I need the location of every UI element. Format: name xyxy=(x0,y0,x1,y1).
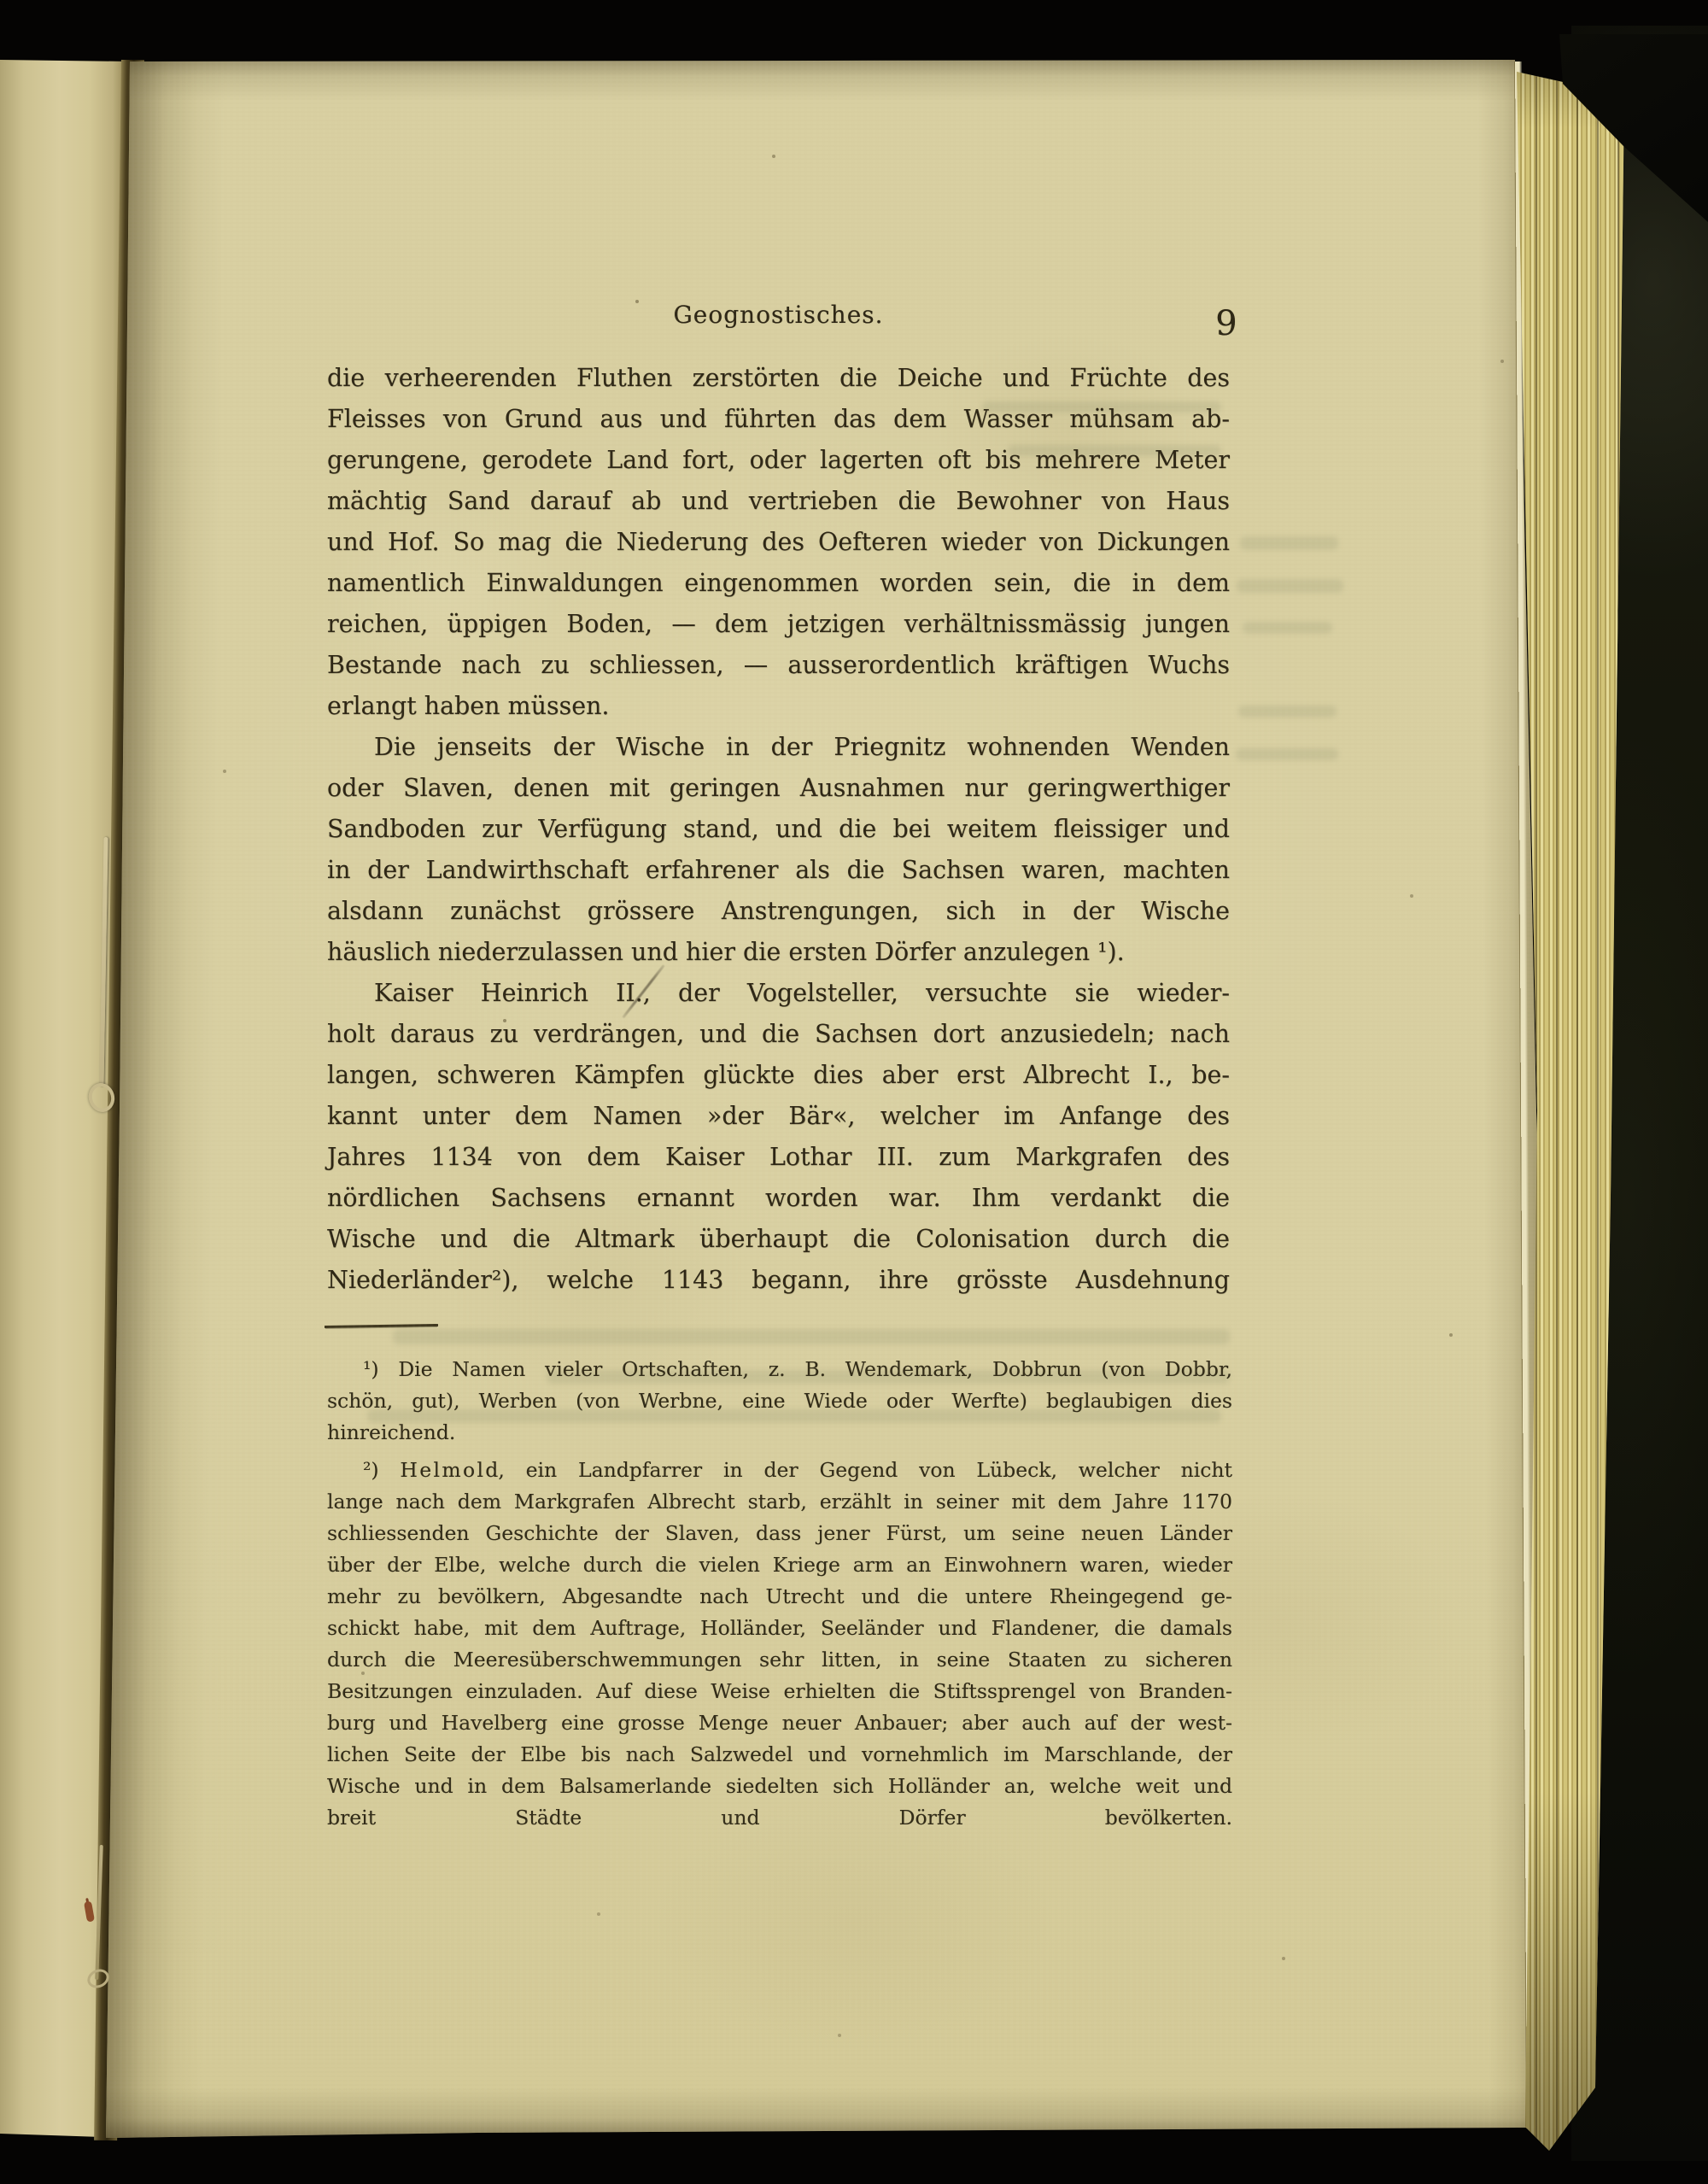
text-line: namentlich Einwaldungen eingenommen word… xyxy=(327,563,1230,604)
text-line: langen, schweren Kämpfen glückte dies ab… xyxy=(327,1055,1230,1096)
show-through-smudge xyxy=(393,1329,1230,1344)
text-line: ¹) Die Namen vieler Ortschaften, z. B. W… xyxy=(327,1354,1232,1385)
book-page: Geognostisches. 9 die verheerenden Fluth… xyxy=(0,0,1708,2184)
text-line: nördlichen Sachsens ernannt worden war. … xyxy=(327,1178,1230,1219)
text-line: Sandboden zur Verfügung stand, und die b… xyxy=(327,809,1230,850)
main-text: die verheerenden Fluthen zerstörten die … xyxy=(327,358,1230,1301)
text-line: schliessenden Geschichte der Slaven, das… xyxy=(327,1518,1232,1549)
scanned-book-page-photo: Geognostisches. 9 die verheerenden Fluth… xyxy=(0,0,1708,2184)
show-through-smudge xyxy=(1243,622,1332,634)
top-edge-shadow xyxy=(102,56,1546,101)
text-line: breit Städte und Dörfer bevölkerten. xyxy=(327,1802,1232,1834)
page-number: 9 xyxy=(1194,304,1259,343)
text-line: hinreichend. xyxy=(327,1417,1232,1449)
show-through-smudge xyxy=(1236,748,1338,760)
footnote-2: ²) H e l m o l d, ein Landpfarrer in der… xyxy=(327,1455,1232,1834)
text-line: in der Landwirthschaft erfahrener als di… xyxy=(327,850,1230,891)
text-line: lichen Seite der Elbe bis nach Salzwedel… xyxy=(327,1739,1232,1771)
text-line: holt daraus zu verdrängen, und die Sachs… xyxy=(327,1014,1230,1055)
text-line: über der Elbe, welche durch die vielen K… xyxy=(327,1549,1232,1581)
text-line: Die jenseits der Wische in der Priegnitz… xyxy=(327,727,1230,768)
text-line: ²) H e l m o l d, ein Landpfarrer in der… xyxy=(327,1455,1232,1486)
footnote-1: ¹) Die Namen vieler Ortschaften, z. B. W… xyxy=(327,1354,1232,1449)
text-line: Kaiser Heinrich II., der Vogelsteller, v… xyxy=(327,973,1230,1014)
text-line: häuslich niederzulassen und hier die ers… xyxy=(327,932,1230,973)
text-line: Wische und die Altmark überhaupt die Col… xyxy=(327,1219,1230,1260)
text-line: durch die Meeresüberschwemmungen sehr li… xyxy=(327,1644,1232,1676)
show-through-smudge xyxy=(1240,536,1338,550)
text-line: und Hof. So mag die Niederung des Oefter… xyxy=(327,522,1230,563)
text-line: schön, gut), Werben (von Werbne, eine Wi… xyxy=(327,1385,1232,1417)
text-line: Jahres 1134 von dem Kaiser Lothar III. z… xyxy=(327,1137,1230,1178)
ink-dot xyxy=(930,951,935,957)
text-line: schickt habe, mit dem Auftrage, Hollände… xyxy=(327,1613,1232,1644)
paper-speckles xyxy=(0,0,2,2)
text-line: kannt unter dem Namen »der Bär«, welcher… xyxy=(327,1096,1230,1137)
text-line: erlangt haben müssen. xyxy=(327,686,1230,727)
running-head: Geognostisches. xyxy=(327,301,1230,329)
text-line: Bestande nach zu schliessen, — ausserord… xyxy=(327,645,1230,686)
text-line: mächtig Sand darauf ab und vertrieben di… xyxy=(327,481,1230,522)
text-line: gerungene, gerodete Land fort, oder lage… xyxy=(327,440,1230,481)
text-line: mehr zu bevölkern, Abgesandte nach Utrec… xyxy=(327,1581,1232,1613)
text-line: alsdann zunächst grössere Anstrengungen,… xyxy=(327,891,1230,932)
text-line: die verheerenden Fluthen zerstörten die … xyxy=(327,358,1230,399)
text-line: Besitzungen einzuladen. Auf diese Weise … xyxy=(327,1676,1232,1707)
text-line: reichen, üppigen Boden, — dem jetzigen v… xyxy=(327,604,1230,645)
text-line: Wische und in dem Balsamerlande siedelte… xyxy=(327,1771,1232,1802)
text-line: lange nach dem Markgrafen Albrecht starb… xyxy=(327,1486,1232,1518)
bottom-edge-shadow xyxy=(99,2087,1542,2139)
text-line: Fleisses von Grund aus und führten das d… xyxy=(327,399,1230,440)
text-line: Niederländer²), welche 1143 begann, ihre… xyxy=(327,1260,1230,1301)
show-through-smudge xyxy=(1237,579,1343,593)
show-through-smudge xyxy=(1238,706,1337,717)
text-line: oder Slaven, denen mit geringen Ausnahme… xyxy=(327,768,1230,809)
text-line: burg und Havelberg eine grosse Menge neu… xyxy=(327,1707,1232,1739)
